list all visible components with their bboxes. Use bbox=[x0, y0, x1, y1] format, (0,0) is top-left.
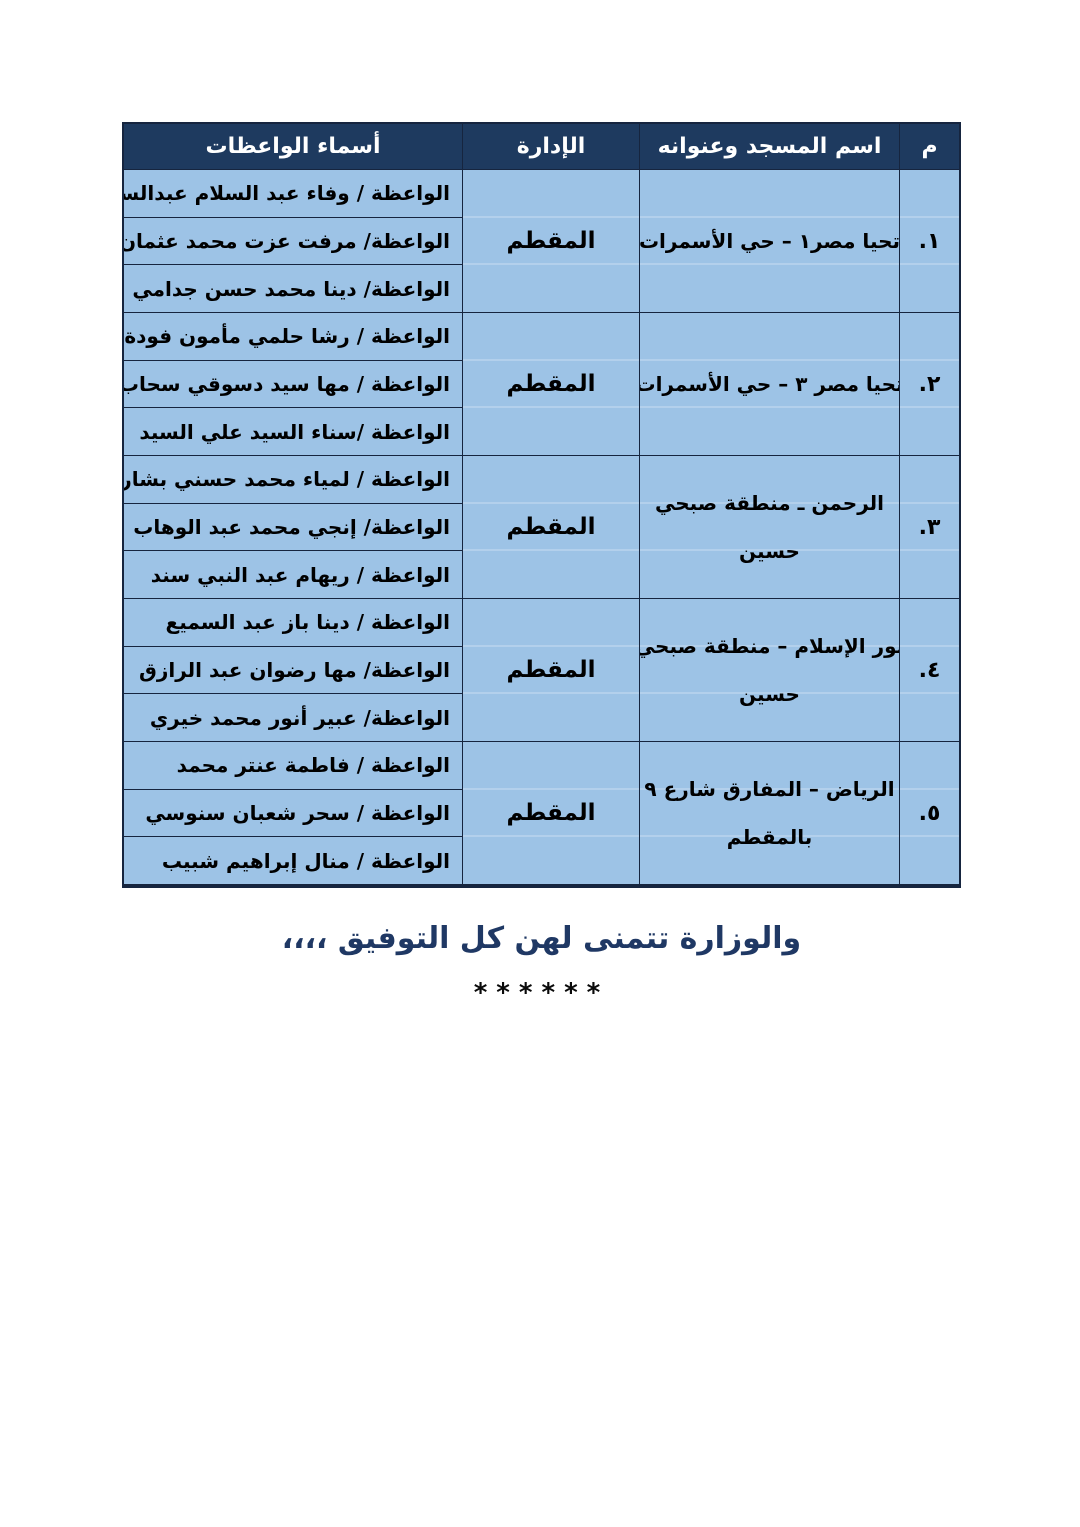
preacher-cell: الواعظة / رشا حلمي مأمون فودة bbox=[124, 313, 462, 360]
preacher-cell: الواعظة / منال إبراهيم شبيب bbox=[124, 837, 462, 884]
serial-cell: ٣. bbox=[900, 456, 959, 598]
preacher-cell: الواعظة/ مها رضوان عبد الرازق bbox=[124, 647, 462, 694]
serial-cell: ٤. bbox=[900, 599, 959, 741]
mosque-line: تحيا مصر١ – حي الأسمرات bbox=[640, 217, 899, 265]
administration-cell: المقطم bbox=[463, 456, 639, 598]
preacher-cell: الواعظة /سناء السيد علي السيد bbox=[124, 408, 462, 455]
preachers-roster-table: م اسم المسجد وعنوانه الإدارة أسماء الواع… bbox=[122, 122, 961, 888]
preacher-cell: الواعظة / ريهام عبد النبي سند bbox=[124, 551, 462, 598]
header-mosque-name: اسم المسجد وعنوانه bbox=[640, 124, 899, 169]
mosque-line: الرياض – المفارق شارع ٩ bbox=[644, 765, 894, 813]
administration-cell: المقطم bbox=[463, 313, 639, 455]
mosque-cell: الرحمن ـ منطقة صبحي حسين bbox=[640, 456, 899, 598]
mosque-cell: تحيا مصر١ – حي الأسمرات bbox=[640, 170, 899, 312]
end-of-document-stars: ****** bbox=[122, 978, 961, 1008]
mosque-line: الرحمن ـ منطقة صبحي bbox=[655, 479, 884, 527]
preacher-cell: الواعظة/ عبير أنور محمد خيري bbox=[124, 694, 462, 741]
header-preachers-names: أسماء الواعظات bbox=[124, 124, 462, 169]
administration-cell: المقطم bbox=[463, 742, 639, 884]
serial-cell: ١. bbox=[900, 170, 959, 312]
mosque-cell: نور الإسلام – منطقة صبحي حسين bbox=[640, 599, 899, 741]
preacher-cell: الواعظة / دينا باز عبد السميع bbox=[124, 599, 462, 646]
administration-cell: المقطم bbox=[463, 170, 639, 312]
preacher-cell: الواعظة/ دينا محمد حسن جدامي bbox=[124, 265, 462, 312]
serial-cell: ٢. bbox=[900, 313, 959, 455]
administration-cell: المقطم bbox=[463, 599, 639, 741]
preacher-cell: الواعظة / سحر شعبان سنوسي bbox=[124, 790, 462, 837]
header-serial: م bbox=[900, 124, 959, 169]
mosque-line: حسين bbox=[739, 527, 800, 575]
preacher-cell: الواعظة / مها سيد دسوقي سحاب bbox=[124, 361, 462, 408]
preacher-cell: الواعظة / وفاء عبد السلام عبدالسلام bbox=[124, 170, 462, 217]
mosque-line: تحيا مصر ٣ – حي الأسمرات bbox=[640, 360, 899, 408]
mosque-cell: الرياض – المفارق شارع ٩ بالمقطم bbox=[640, 742, 899, 884]
mosque-line: نور الإسلام – منطقة صبحي bbox=[640, 622, 899, 670]
preacher-cell: الواعظة/ مرفت عزت محمد عثمان bbox=[124, 218, 462, 265]
mosque-line: حسين bbox=[739, 670, 800, 718]
mosque-cell: تحيا مصر ٣ – حي الأسمرات bbox=[640, 313, 899, 455]
header-administration: الإدارة bbox=[463, 124, 639, 169]
closing-wish-text: والوزارة تتمنى لهن كل التوفيق ،،،، bbox=[122, 921, 961, 956]
preacher-cell: الواعظة / لمياء محمد حسني بشارة bbox=[124, 456, 462, 503]
serial-cell: ٥. bbox=[900, 742, 959, 884]
document-page: م اسم المسجد وعنوانه الإدارة أسماء الواع… bbox=[0, 0, 1080, 1527]
preacher-cell: الواعظة/ إنجي محمد عبد الوهاب bbox=[124, 504, 462, 551]
mosque-line: بالمقطم bbox=[727, 813, 813, 861]
preacher-cell: الواعظة / فاطمة عنتر محمد bbox=[124, 742, 462, 789]
